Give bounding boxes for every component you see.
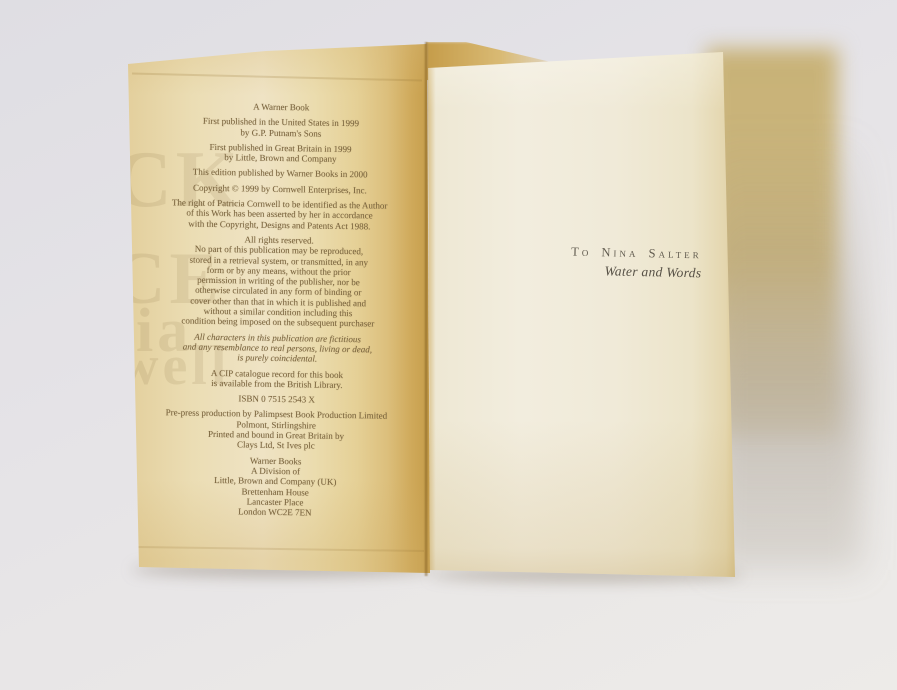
imprint-production: Pre-press production by Palimpsest Book … [149, 407, 404, 452]
imprint-uk-publication: First published in Great Britain in 1999… [153, 141, 407, 166]
imprint-disclaimer: All characters in this publication are f… [150, 331, 404, 366]
imprint-author-right: The right of Patricia Cornwell to be ide… [152, 197, 406, 232]
dedication-page: To Nina Salter Water and Words [428, 46, 738, 580]
imprint-warner-book: A Warner Book [154, 100, 408, 114]
page-crease-top [132, 72, 422, 81]
dedication-epigraph: Water and Words [571, 263, 702, 282]
imprint-publisher-address: Warner BooksA Division ofLittle, Brown a… [148, 454, 403, 520]
imprint-us-publication: First published in the United States in … [154, 115, 408, 140]
imprint-isbn: ISBN 0 7515 2543 X [150, 392, 404, 406]
dedication: To Nina Salter Water and Words [571, 245, 702, 282]
imprint-line: This edition published by Warner Books i… [153, 167, 407, 181]
imprint-line: A Warner Book [154, 100, 408, 114]
imprint-line: ISBN 0 7515 2543 X [150, 392, 404, 406]
dedication-name: To Nina Salter [572, 245, 703, 263]
imprint-copyright: Copyright © 1999 by Cornwell Enterprises… [153, 182, 407, 196]
imprint-line: Copyright © 1999 by Cornwell Enterprises… [153, 182, 407, 196]
imprint-text: A Warner Book First published in the Uni… [148, 100, 409, 524]
book-cast-shadow [712, 130, 862, 570]
imprint-this-edition: This edition published by Warner Books i… [153, 167, 407, 181]
page-crease-bottom [134, 546, 424, 552]
book-photo: CK CE ia well A Warner Book First publis… [0, 0, 897, 690]
imprint-rights-reserved: All rights reserved.No part of this publ… [151, 233, 406, 330]
imprint-cip-record: A CIP catalogue record for this bookis a… [150, 367, 404, 392]
spine-gutter [424, 42, 428, 576]
copyright-page: CK CE ia well A Warner Book First publis… [126, 42, 430, 576]
